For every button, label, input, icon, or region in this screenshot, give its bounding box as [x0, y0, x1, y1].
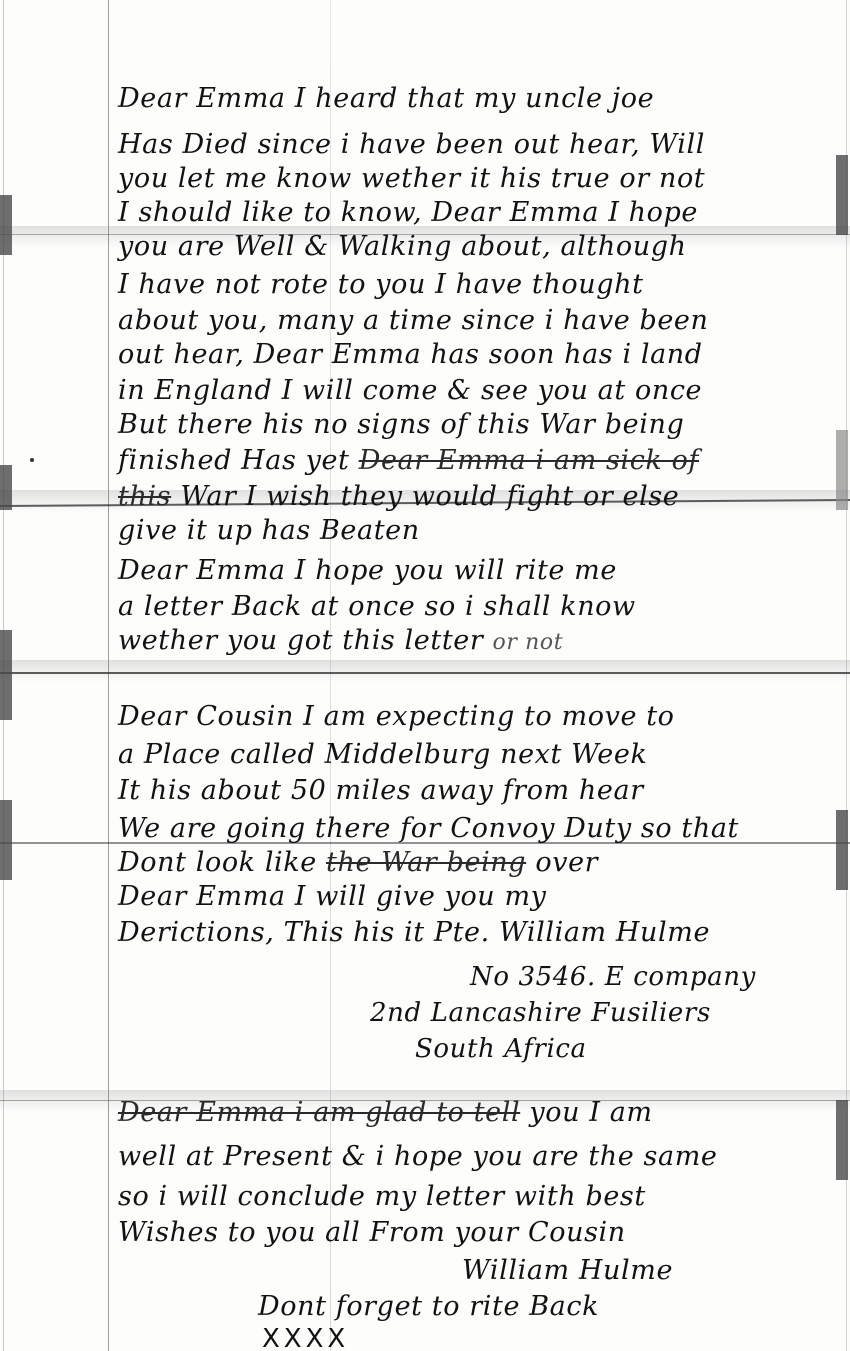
fold-line	[0, 672, 850, 674]
line-text: Dont look like	[118, 847, 326, 878]
letter-line: Dear Emma I heard that my uncle joe	[118, 82, 654, 116]
tape-mark	[0, 465, 12, 510]
postscript: Dont forget to rite Back	[258, 1290, 599, 1324]
address-line: 2nd Lancashire Fusiliers	[370, 996, 711, 1030]
tape-mark	[0, 195, 12, 255]
letter-line: Dear Emma i am glad to tell you I am	[118, 1096, 653, 1130]
letter-line: Derictions, This his it Pte. William Hul…	[118, 916, 710, 950]
letter-line: Dear Cousin I am expecting to move to	[118, 700, 675, 734]
fold-shadow	[0, 660, 850, 682]
letter-line: out hear, Dear Emma has soon has i land	[118, 338, 703, 372]
line-text: wether you got this letter	[118, 625, 493, 656]
letter-line: a letter Back at once so i shall know	[118, 590, 636, 624]
struck-text: Dear Emma i am sick of	[359, 445, 699, 476]
letter-line: you let me know wether it his true or no…	[118, 162, 705, 196]
letter-line: It his about 50 miles away from hear	[118, 774, 644, 808]
letter-line: Dear Emma I hope you will rite me	[118, 554, 617, 588]
signature: William Hulme	[462, 1254, 673, 1288]
line-text: War I wish they would fight or else	[171, 481, 679, 512]
letter-page: Dear Emma I heard that my uncle joe Has …	[0, 0, 850, 1351]
tape-mark	[836, 1100, 848, 1180]
letter-line: But there his no signs of this War being	[118, 408, 684, 442]
struck-text: this	[118, 481, 171, 512]
letter-line: give it up has Beaten	[118, 514, 420, 548]
letter-line: well at Present & i hope you are the sam…	[118, 1140, 717, 1174]
line-text: finished Has yet	[118, 445, 359, 476]
letter-line: I should like to know, Dear Emma I hope	[118, 196, 698, 230]
tape-mark	[836, 155, 848, 235]
letter-line: so i will conclude my letter with best	[118, 1180, 646, 1214]
line-text: over	[526, 847, 598, 878]
letter-line: Wishes to you all From your Cousin	[118, 1216, 626, 1250]
letter-line: Has Died since i have been out hear, Wil…	[118, 128, 705, 162]
ink-speck	[30, 458, 34, 462]
tape-mark	[0, 800, 12, 880]
letter-line: We are going there for Convoy Duty so th…	[118, 812, 739, 846]
letter-line: in England I will come & see you at once	[118, 374, 702, 408]
address-line: South Africa	[415, 1032, 587, 1066]
struck-text: the War being	[326, 847, 526, 878]
kisses: XXXX	[262, 1322, 349, 1351]
letter-line: I have not rote to you I have thought	[118, 268, 644, 302]
address-line: No 3546. E company	[470, 960, 756, 994]
letter-line: about you, many a time since i have been	[118, 304, 709, 338]
tape-mark	[0, 630, 12, 720]
tape-mark	[836, 430, 848, 510]
faint-text: or not	[493, 630, 564, 655]
struck-text: Dear Emma i am glad to tell	[118, 1097, 520, 1128]
letter-line: Dont look like the War being over	[118, 846, 598, 880]
letter-line: a Place called Middelburg next Week	[118, 738, 647, 772]
letter-line: this War I wish they would fight or else	[118, 480, 679, 514]
line-text: you I am	[520, 1097, 652, 1128]
tape-mark	[836, 810, 848, 890]
letter-line: you are Well & Walking about, although	[118, 230, 687, 264]
letter-line: Dear Emma I will give you my	[118, 880, 547, 914]
letter-line: finished Has yet Dear Emma i am sick of	[118, 444, 699, 478]
letter-line: wether you got this letter or not	[118, 624, 563, 660]
